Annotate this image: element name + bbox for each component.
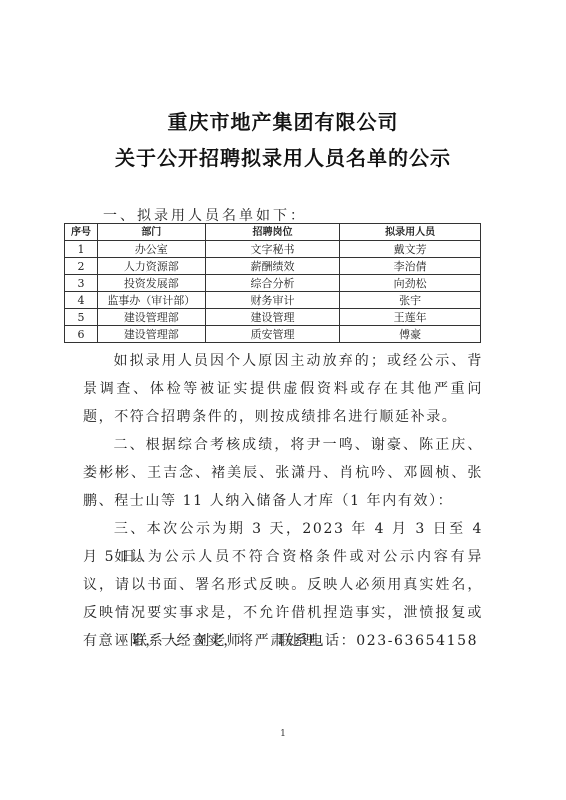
hire-list-table: 序号 部门 招聘岗位 拟录用人员 1 办公室 文字秘书 戴文芳 2 人力资源部 … — [64, 223, 481, 343]
table-row: 1 办公室 文字秘书 戴文芳 — [65, 241, 481, 258]
cell-department: 人力资源部 — [97, 258, 205, 275]
withdrawal-paragraph: 如拟录用人员因个人原因主动放弃的；或经公示、背景调查、体检等被证实提供虚假资料或… — [83, 347, 483, 431]
cell-candidate: 王莲年 — [340, 309, 481, 326]
cell-position: 财务审计 — [205, 292, 340, 309]
contact-phone: 联系电话：023-63654158 — [278, 633, 478, 649]
cell-position: 建设管理 — [205, 309, 340, 326]
notice-title: 关于公开招聘拟录用人员名单的公示 — [0, 142, 566, 171]
cell-position: 质安管理 — [205, 326, 340, 343]
col-header-position: 招聘岗位 — [205, 224, 340, 241]
col-header-department: 部门 — [97, 224, 205, 241]
table-row: 4 监事办（审计部） 财务审计 张宇 — [65, 292, 481, 309]
reserve-pool-paragraph: 二、根据综合考核成绩，将尹一鸣、谢豪、陈正庆、娄彬彬、王吉念、褚美辰、张潇丹、肖… — [83, 431, 483, 515]
table-row: 6 建设管理部 质安管理 傅豪 — [65, 326, 481, 343]
cell-candidate: 李治倩 — [340, 258, 481, 275]
cell-position: 薪酬绩效 — [205, 258, 340, 275]
cell-department: 办公室 — [97, 241, 205, 258]
contact-person: 联系人：刘老师 — [133, 633, 242, 649]
cell-department: 建设管理部 — [97, 326, 205, 343]
table-row: 5 建设管理部 建设管理 王莲年 — [65, 309, 481, 326]
cell-position: 文字秘书 — [205, 241, 340, 258]
table-row: 2 人力资源部 薪酬绩效 李治倩 — [65, 258, 481, 275]
cell-candidate: 向劲松 — [340, 275, 481, 292]
cell-index: 2 — [65, 258, 98, 275]
org-title: 重庆市地产集团有限公司 — [0, 106, 566, 135]
cell-index: 6 — [65, 326, 98, 343]
cell-candidate: 张宇 — [340, 292, 481, 309]
contact-line: 联系人：刘老师联系电话：023-63654158 — [133, 627, 478, 655]
withdrawal-text: 如拟录用人员因个人原因主动放弃的；或经公示、背景调查、体检等被证实提供虚假资料或… — [83, 353, 483, 425]
reserve-pool-text: 二、根据综合考核成绩，将尹一鸣、谢豪、陈正庆、娄彬彬、王吉念、褚美辰、张潇丹、肖… — [83, 437, 483, 509]
col-header-index: 序号 — [65, 224, 98, 241]
cell-index: 5 — [65, 309, 98, 326]
cell-department: 监事办（审计部） — [97, 292, 205, 309]
cell-candidate: 戴文芳 — [340, 241, 481, 258]
cell-index: 3 — [65, 275, 98, 292]
cell-department: 建设管理部 — [97, 309, 205, 326]
table-header-row: 序号 部门 招聘岗位 拟录用人员 — [65, 224, 481, 241]
table-row: 3 投资发展部 综合分析 向劲松 — [65, 275, 481, 292]
col-header-candidate: 拟录用人员 — [340, 224, 481, 241]
cell-index: 1 — [65, 241, 98, 258]
section-heading-list: 一、拟录用人员名单如下： — [103, 205, 307, 225]
cell-position: 综合分析 — [205, 275, 340, 292]
cell-index: 4 — [65, 292, 98, 309]
cell-candidate: 傅豪 — [340, 326, 481, 343]
cell-department: 投资发展部 — [97, 275, 205, 292]
page-number: 1 — [0, 729, 566, 739]
